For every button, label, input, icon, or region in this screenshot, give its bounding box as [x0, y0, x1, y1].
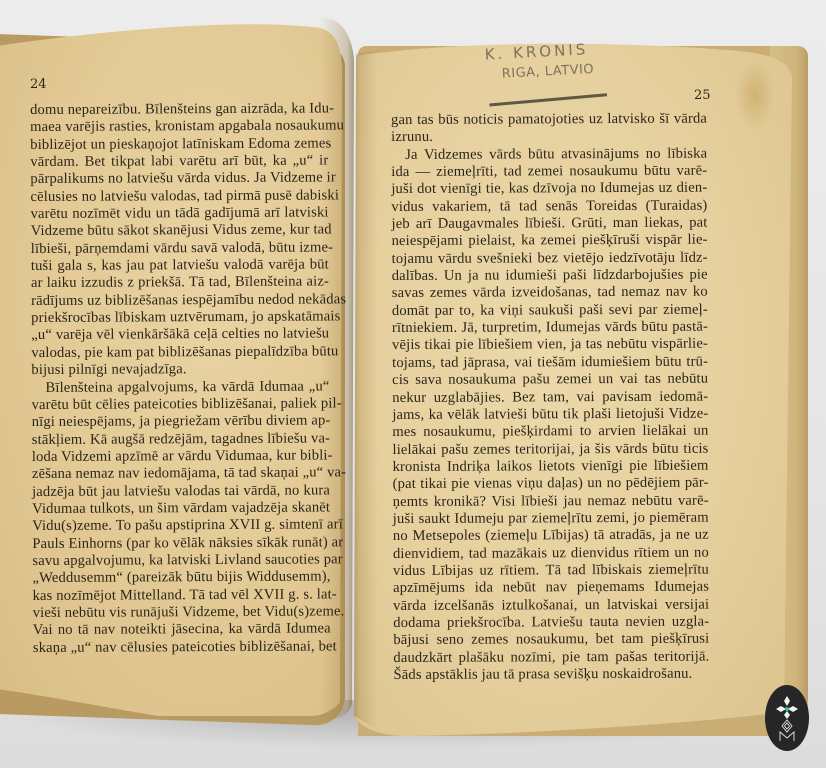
- text-line: izrunu.: [391, 128, 707, 147]
- text-line: loda Vidzemi apzīmē ar vārdu Vidumaa, ku…: [32, 447, 330, 466]
- text-line: (pat tikai pie vienas viņu daļas) un no …: [393, 475, 709, 494]
- ownership-stamp: K. KRONIS RIGA, LATVIO: [482, 38, 625, 115]
- right-page-number: 25: [694, 88, 711, 103]
- stamp-city: RIGA, LATVIO: [501, 62, 594, 82]
- text-line: gan tas būs noticis pamatojoties uz latv…: [391, 111, 707, 130]
- text-line: ņemts kronikā? Visi lībieši jau nemaz ne…: [393, 492, 709, 511]
- text-line: priekšrocības lībiskam uztvērumam, jo ap…: [31, 309, 329, 328]
- text-line: Ja Vidzemes vārds būtu atvasinājums no l…: [391, 145, 707, 164]
- text-line: no Metsepoles (ziemeļu Lībijas) tā atrad…: [393, 527, 709, 546]
- text-line: domāt par to, ka viņi saukuši paši sevi …: [392, 301, 708, 320]
- text-line: apzīmējums ida nebūt nav pieņemams Idume…: [393, 579, 709, 598]
- text-line: dienvidiem, tad mazākais uz dienvidus rī…: [393, 544, 709, 563]
- text-line: stākļiem. Kā augšā redzējām, tagadnes lī…: [32, 430, 330, 449]
- text-line: biblizējot un pieskaņojot latīniskam Edo…: [30, 135, 328, 154]
- text-line: tojamu vārdu svešnieki bez vietējo iedzī…: [392, 249, 708, 268]
- text-line: zēšana nemaz nav iedomājama, tā tad skaņ…: [32, 465, 330, 484]
- folk-ornament-logo-icon: [772, 692, 802, 744]
- text-line: mes nosaukumu, piešķirdami to arvien lie…: [392, 423, 708, 442]
- open-book: 24 domu nepareizību. Bīlenšteins gan aiz…: [0, 0, 826, 768]
- text-line: lielākai pašu zemes teritorijai, ja šis …: [392, 440, 708, 459]
- text-line: jams, ka vēlāk latvieši būtu tik plaši l…: [392, 405, 708, 424]
- text-line: kas nozīmējot Mittelland. Tā tad vēl XVI…: [33, 586, 331, 605]
- text-line: ar laiku izzudis z priekšā. Tā tad, Bīle…: [31, 274, 329, 293]
- text-line: vidus vakariem, tā tad senās Toreidas (T…: [391, 197, 707, 216]
- text-line: tuši gala s, kas jau pat latviešu valodā…: [31, 257, 329, 276]
- text-line: pārpalikums no latviešu vārda vidus. Ja …: [30, 170, 328, 189]
- text-line: „u“ varēja vēl vienkāršākā ceļā celties …: [31, 326, 329, 345]
- text-line: cēlusies no latviešu valodas, tad pirmā …: [30, 187, 328, 206]
- text-line: Pauls Einhorns (par ko vēlāk nāksies sīk…: [32, 534, 330, 553]
- text-line: vārdam. Bet tikpat labi varētu arī būt, …: [30, 152, 328, 171]
- text-line: jadzēja būt jau latviešu valodas tai vār…: [32, 482, 330, 501]
- text-line: dodama priekšrocība. Latviešu tauta nevi…: [393, 614, 709, 633]
- paper-stain: [735, 60, 775, 130]
- text-line: bājusi seno zemes nosaukumu, bet tam pie…: [393, 631, 709, 650]
- text-line: Bīlenšteina apgalvojums, ka vārdā Idumaa…: [31, 378, 329, 397]
- text-line: savu apgalvojumu, ka latviski Livland sa…: [32, 551, 330, 570]
- text-line: nīgi neiespējams, ja piegriežam vērību d…: [32, 413, 330, 432]
- text-line: dalības. Un ja nu idumieši paši līdzdarb…: [392, 267, 708, 286]
- text-line: Vidzeme būtu sākot skanējusi Vidus zeme,…: [31, 222, 329, 241]
- text-line: savas zemes vārda izveidošanas, tad nema…: [392, 284, 708, 303]
- text-line: Vai no tā nav noteikti jāsecina, ka vārd…: [33, 621, 331, 640]
- text-line: vidus Lībijas uz rītiem. Tā tad lībiskai…: [393, 562, 709, 581]
- text-line: maea varējis rasties, kronistam apgabala…: [30, 118, 328, 137]
- text-line: Vidumaa tulkots, un šim vārdam vajadzēja…: [32, 499, 330, 518]
- text-line: domu nepareizību. Bīlenšteins gan aizrād…: [30, 100, 328, 119]
- text-line: jeb arī Daugavmales lībieši. Grūti, man …: [391, 215, 707, 234]
- text-line: vieši nebūtu vis runājuši Vidzeme, bet V…: [33, 603, 331, 622]
- text-line: tojams, tad jāprasa, vai tiešām idumieši…: [392, 353, 708, 372]
- left-page-text: domu nepareizību. Bīlenšteins gan aizrād…: [30, 100, 331, 657]
- left-page-number: 24: [30, 77, 47, 92]
- text-line: varētu būt cēlies pateicoties biblizēšan…: [32, 395, 330, 414]
- text-line: neiespējami pielaist, ka zemei piešķīruš…: [392, 232, 708, 251]
- text-line: Šāds apstāklis jau tā prasa sevišķu nosk…: [393, 666, 709, 685]
- text-line: ida — ziemeļrīti, tad zemei nosaukumu bū…: [391, 163, 707, 182]
- text-line: lībieši, pārņemdami vārdu savā valodā, b…: [31, 239, 329, 258]
- text-line: „Weddusemm“ (pareizāk būtu bijis Widduse…: [32, 569, 330, 588]
- right-page-text: gan tas būs noticis pamatojoties uz latv…: [391, 111, 709, 685]
- text-line: bijusi pilnīgi nevajadzīga.: [31, 361, 329, 380]
- text-line: rītniekiem. Jā, turpretim, Idumejas vārd…: [392, 319, 708, 338]
- text-line: daudzkārt plašāku nozīmi, pie tam pašas …: [393, 648, 709, 667]
- watermark-badge: [765, 685, 809, 751]
- text-line: cis sava nosaukuma pašu zemei un vai tas…: [392, 371, 708, 390]
- stamp-name: K. KRONIS: [484, 40, 588, 63]
- stamp-underline: [489, 93, 607, 106]
- text-line: nekur uzglabājies. Bez tam, vai pavisam …: [392, 388, 708, 407]
- text-line: kronista Indriķa laikos lietots vienīgi …: [393, 457, 709, 476]
- text-line: vējis tikai pie lībiešiem vien, ja tas n…: [392, 336, 708, 355]
- text-line: valodas, pie kam pat biblizēšanas piepal…: [31, 343, 329, 362]
- text-line: juši saukt Idumeju par ziemeļrītu zemi, …: [393, 510, 709, 529]
- text-line: Vidu(s)zeme. To pašu apstiprina XVII g. …: [32, 517, 330, 536]
- text-line: juši dot vienīgi tie, kas dzīvoja no Idu…: [391, 180, 707, 199]
- text-line: varētu nozīmēt vidu un tādā gadījumā arī…: [31, 205, 329, 224]
- text-line: vārda izcelšanās iztulkošanai, un latvis…: [393, 596, 709, 615]
- text-line: skaņa „u“ nav cēlusies pateicoties bibli…: [33, 638, 331, 657]
- text-line: rādījums uz biblizēšanas iespējamību ned…: [31, 291, 329, 310]
